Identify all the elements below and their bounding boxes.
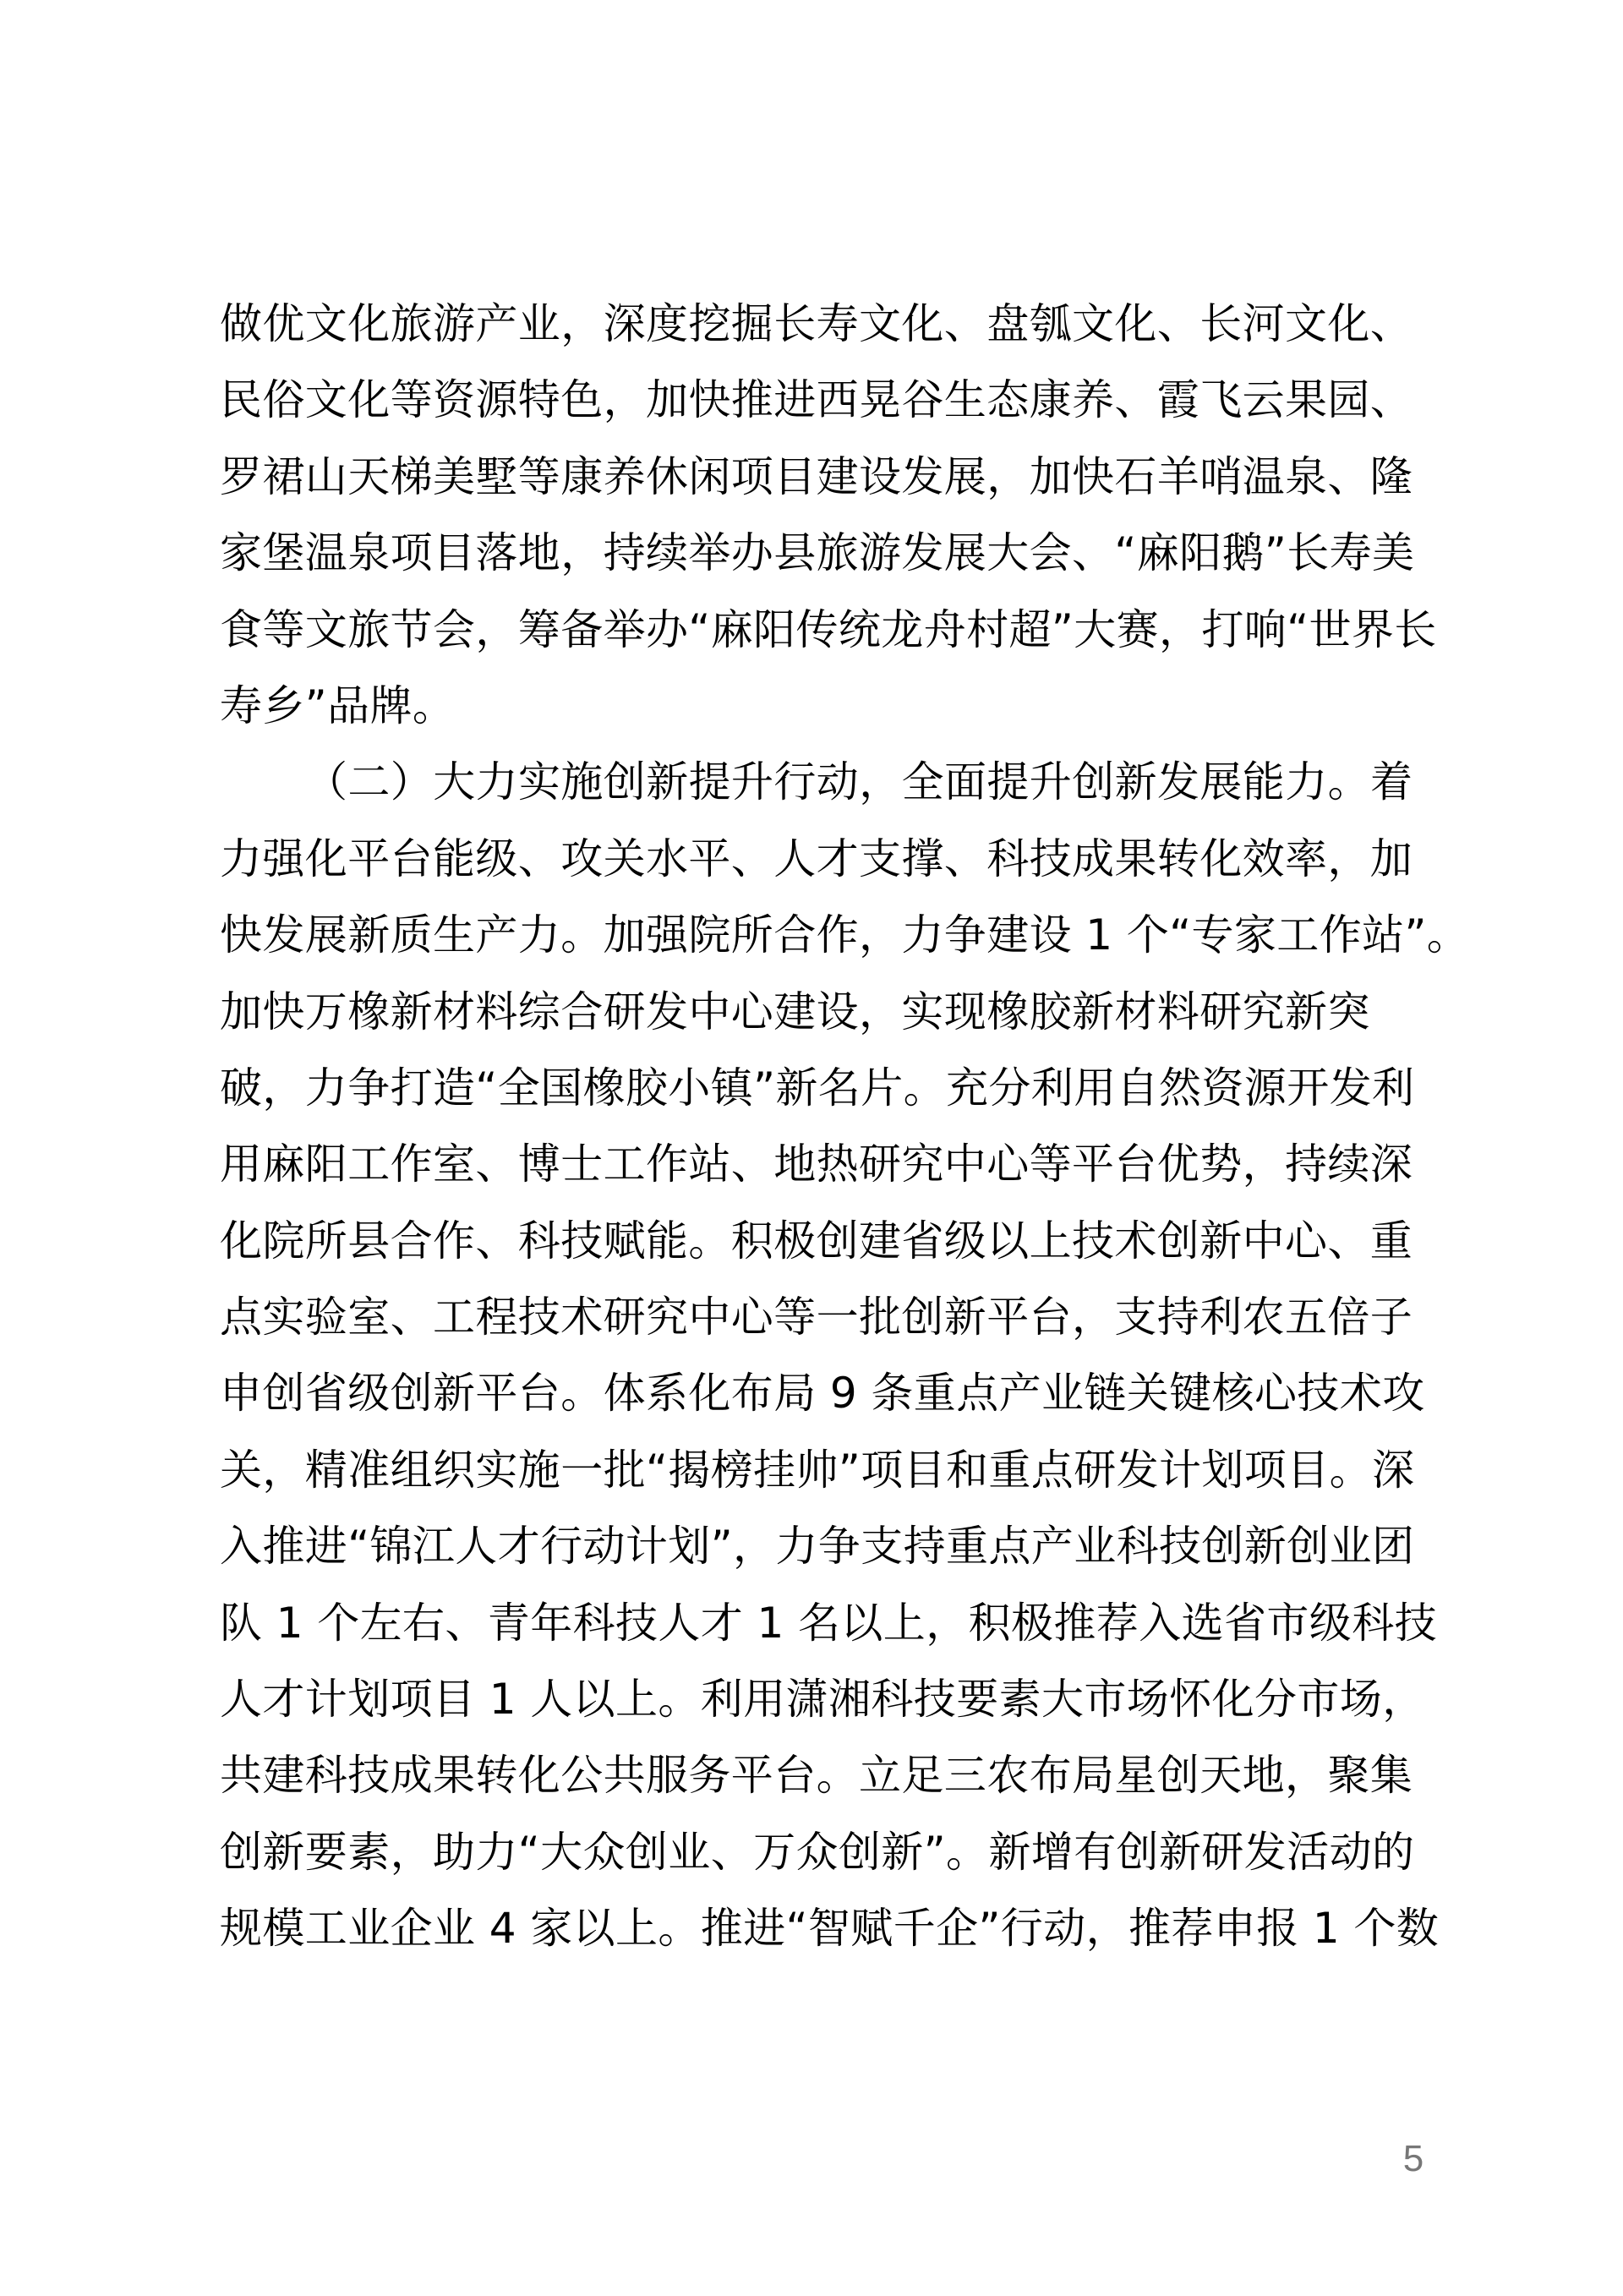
text-line: 申创省级创新平台。体系化布局 9 条重点产业链关键核心技术攻 [220, 1355, 1420, 1431]
text-line: 创新要素，助力“大众创业、万众创新”。新增有创新研发活动的 [220, 1814, 1420, 1890]
text-line: 人才计划项目 1 人以上。利用潇湘科技要素大市场怀化分市场， [220, 1661, 1420, 1737]
text-line: 队 1 个左右、青年科技人才 1 名以上，积极推荐入选省市级科技 [220, 1585, 1420, 1661]
text-line: 关，精准组织实施一批“揭榜挂帅”项目和重点研发计划项目。深 [220, 1432, 1420, 1508]
text-line: 罗裙山天梯美墅等康养休闲项目建设发展，加快石羊哨温泉、隆 [220, 439, 1420, 515]
text-line: 寿乡”品牌。 [220, 668, 1420, 744]
document-page: 做优文化旅游产业，深度挖掘长寿文化、盘瓠文化、长河文化、 民俗文化等资源特色，加… [0, 0, 1623, 2296]
text-line: 化院所县合作、科技赋能。积极创建省级以上技术创新中心、重 [220, 1203, 1420, 1279]
text-line: 规模工业企业 4 家以上。推进“智赋千企”行动，推荐申报 1 个数 [220, 1890, 1420, 1966]
text-line: 点实验室、工程技术研究中心等一批创新平台，支持利农五倍子 [220, 1279, 1420, 1355]
text-line: 破，力争打造“全国橡胶小镇”新名片。充分利用自然资源开发利 [220, 1050, 1420, 1126]
section-heading-line: （二）大力实施创新提升行动，全面提升创新发展能力。着 [220, 744, 1420, 820]
text-line: 用麻阳工作室、博士工作站、地热研究中心等平台优势，持续深 [220, 1126, 1420, 1202]
page-number: 5 [1396, 2135, 1430, 2183]
body-text: 做优文化旅游产业，深度挖掘长寿文化、盘瓠文化、长河文化、 民俗文化等资源特色，加… [220, 286, 1420, 1967]
text-line: 做优文化旅游产业，深度挖掘长寿文化、盘瓠文化、长河文化、 [220, 286, 1420, 362]
text-line: 共建科技成果转化公共服务平台。立足三农布局星创天地，聚集 [220, 1737, 1420, 1813]
text-line: 民俗文化等资源特色，加快推进西晃谷生态康养、霞飞云果园、 [220, 362, 1420, 438]
text-line: 入推进“锦江人才行动计划”，力争支持重点产业科技创新创业团 [220, 1508, 1420, 1584]
text-line: 食等文旅节会，筹备举办“麻阳传统龙舟村超”大赛，打响“世界长 [220, 592, 1420, 668]
text-line: 家堡温泉项目落地，持续举办县旅游发展大会、“麻阳鹅”长寿美 [220, 515, 1420, 591]
text-line: 快发展新质生产力。加强院所合作，力争建设 1 个“专家工作站”。 [220, 897, 1420, 973]
text-line: 力强化平台能级、攻关水平、人才支撑、科技成果转化效率，加 [220, 821, 1420, 897]
text-line: 加快万橡新材料综合研发中心建设，实现橡胶新材料研究新突 [220, 974, 1420, 1050]
